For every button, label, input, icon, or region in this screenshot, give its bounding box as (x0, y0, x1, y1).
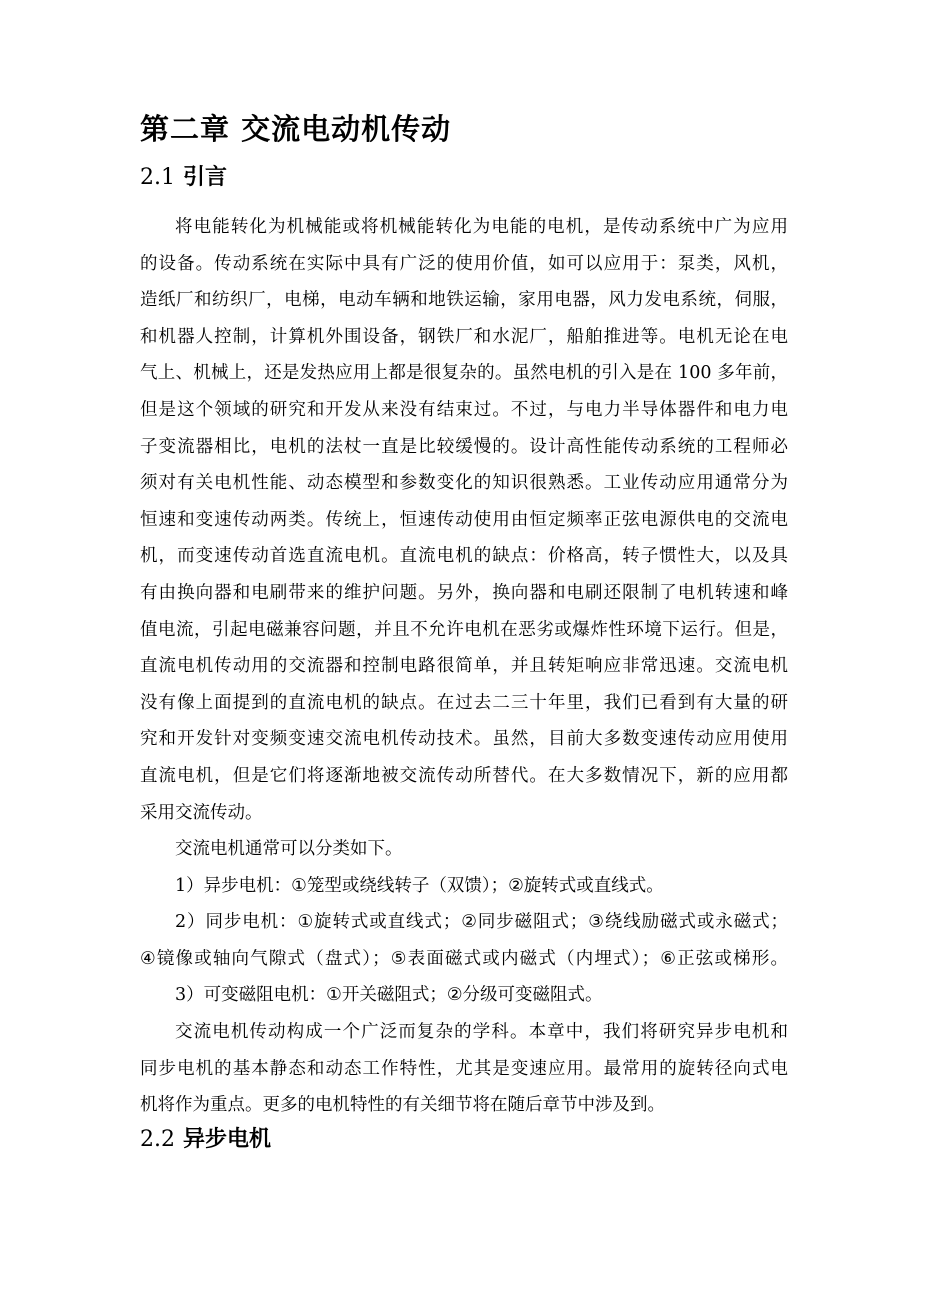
text-line: 没有像上面提到的直流电机的缺点。在过去二三十年里，我们已看到有大量的研 (140, 685, 788, 722)
section-heading-2-2: 2.2异步电机 (140, 1125, 271, 1155)
text-line: 究和开发针对变频变速交流电机传动技术。虽然，目前大多数变速传动应用使用 (140, 721, 788, 758)
text-line: 机将作为重点。更多的电机特性的有关细节将在随后章节中涉及到。 (140, 1087, 788, 1124)
text-line: 但是这个领域的研究和开发从来没有结束过。不过，与电力半导体器件和电力电 (140, 392, 788, 429)
paragraph-intro: 将电能转化为机械能或将机械能转化为电能的电机，是传动系统中广为应用 的设备。传动… (140, 209, 788, 831)
paragraph-classification-lead: 交流电机通常可以分类如下。 (140, 831, 788, 868)
text-line: 造纸厂和纺织厂，电梯，电动车辆和地铁运输，家用电器，风力发电系统，伺服， (140, 282, 788, 319)
list-item-sync-motor: 2）同步电机：①旋转式或直线式；②同步磁阻式；③绕线励磁式或永磁式； ④镜像或轴… (140, 904, 788, 977)
text-line: 子变流器相比，电机的法杖一直是比较缓慢的。设计高性能传动系统的工程师必 (140, 429, 788, 466)
text-line: 1）异步电机：①笼型或绕线转子（双馈）；②旋转式或直线式。 (140, 868, 788, 905)
text-line: 3）可变磁阻电机：①开关磁阻式；②分级可变磁阻式。 (140, 977, 788, 1014)
section-number: 2.1 (140, 165, 175, 190)
text-line: 交流电机通常可以分类如下。 (140, 831, 788, 868)
section-title: 异步电机 (183, 1127, 271, 1152)
text-line: 恒速和变速传动两类。传统上，恒速传动使用由恒定频率正弦电源供电的交流电 (140, 502, 788, 539)
section-heading-2-1: 2.1引言 (140, 163, 227, 193)
text-line: 值电流，引起电磁兼容问题，并且不允许电机在恶劣或爆炸性环境下运行。但是， (140, 612, 788, 649)
section-title: 引言 (183, 165, 227, 190)
list-item-async-motor: 1）异步电机：①笼型或绕线转子（双馈）；②旋转式或直线式。 (140, 868, 788, 905)
text-line: 2）同步电机：①旋转式或直线式；②同步磁阻式；③绕线励磁式或永磁式； (140, 904, 788, 941)
body-text: 将电能转化为机械能或将机械能转化为电能的电机，是传动系统中广为应用 的设备。传动… (140, 209, 788, 1124)
text-line: 采用交流传动。 (140, 795, 788, 832)
text-line: 机，而变速传动首选直流电机。直流电机的缺点：价格高，转子惯性大，以及具 (140, 538, 788, 575)
chapter-title: 第二章 交流电动机传动 (140, 112, 451, 146)
text-line: 的设备。传动系统在实际中具有广泛的使用价值，如可以应用于：泵类，风机， (140, 246, 788, 283)
text-line: 和机器人控制，计算机外围设备，钢铁厂和水泥厂，船舶推进等。电机无论在电 (140, 319, 788, 356)
document-page: 第二章 交流电动机传动 2.1引言 将电能转化为机械能或将机械能转化为电能的电机… (0, 0, 926, 1309)
section-number: 2.2 (140, 1127, 175, 1152)
paragraph-chapter-scope: 交流电机传动构成一个广泛而复杂的学科。本章中，我们将研究异步电机和 同步电机的基… (140, 1014, 788, 1124)
list-item-variable-reluctance-motor: 3）可变磁阻电机：①开关磁阻式；②分级可变磁阻式。 (140, 977, 788, 1014)
text-line: 有由换向器和电刷带来的维护问题。另外，换向器和电刷还限制了电机转速和峰 (140, 575, 788, 612)
text-line: 直流电机传动用的交流器和控制电路很简单，并且转矩响应非常迅速。交流电机 (140, 648, 788, 685)
text-line: 交流电机传动构成一个广泛而复杂的学科。本章中，我们将研究异步电机和 (140, 1014, 788, 1051)
text-line: 直流电机，但是它们将逐渐地被交流传动所替代。在大多数情况下，新的应用都 (140, 758, 788, 795)
text-line: 将电能转化为机械能或将机械能转化为电能的电机，是传动系统中广为应用 (140, 209, 788, 246)
text-line: 气上、机械上，还是发热应用上都是很复杂的。虽然电机的引入是在 100 多年前， (140, 355, 788, 392)
text-line: 同步电机的基本静态和动态工作特性，尤其是变速应用。最常用的旋转径向式电 (140, 1051, 788, 1088)
text-line: 须对有关电机性能、动态模型和参数变化的知识很熟悉。工业传动应用通常分为 (140, 465, 788, 502)
text-line: ④镜像或轴向气隙式（盘式）；⑤表面磁式或内磁式（内埋式）；⑥正弦或梯形。 (140, 941, 788, 978)
